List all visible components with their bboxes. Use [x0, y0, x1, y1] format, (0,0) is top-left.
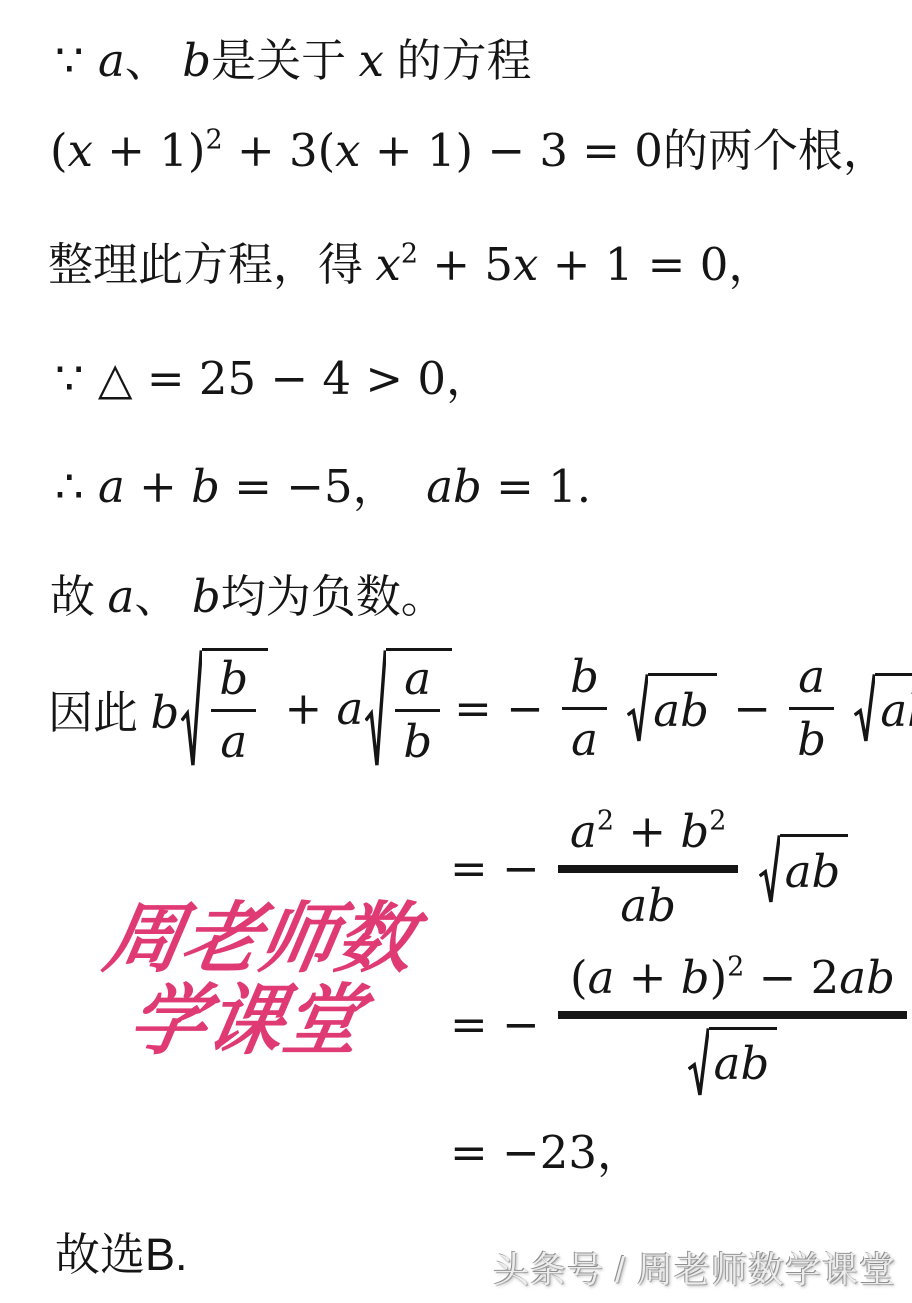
- publisher-credit: 头条号 / 周老师数学课堂: [493, 1242, 896, 1293]
- math-var: b: [219, 652, 248, 705]
- math-var: ab: [714, 1037, 770, 1090]
- math-solution-page: ∵ a、 b是关于 x 的方程 (x + 1)2 + 3(x + 1) − 3 …: [0, 0, 912, 1303]
- fraction-numerator: b: [211, 654, 256, 709]
- math-var: ab: [426, 460, 482, 513]
- fraction-denominator: b: [789, 707, 834, 765]
- math-run: a: [798, 650, 825, 703]
- math-sup: 2: [597, 805, 614, 836]
- math-sym: (: [570, 951, 588, 1004]
- math-run: ab: [620, 879, 676, 932]
- fraction-numerator: a2 + b2: [558, 806, 738, 865]
- math-var: ab: [880, 684, 912, 737]
- fraction-numerator: a: [789, 652, 834, 707]
- radicand: ba: [202, 648, 268, 769]
- solution-line-premise: ∵ a、 b是关于 x 的方程: [55, 24, 532, 89]
- math-run: a2 + b2: [570, 805, 726, 858]
- math-var: b: [797, 713, 826, 766]
- math-cjk: ，: [728, 239, 773, 290]
- radical-sign-icon: [365, 648, 386, 769]
- math-sym: + 1 = 0: [538, 238, 728, 291]
- math-sym: + 1): [93, 124, 206, 177]
- fraction: ba: [562, 652, 607, 766]
- solution-line-step2: = − a2 + b2ab ab: [450, 806, 850, 931]
- math-var: ab: [839, 951, 895, 1004]
- math-var: b: [191, 460, 220, 513]
- math-sym: = −: [454, 682, 558, 735]
- math-var: ab: [653, 684, 709, 737]
- math-run: ab: [785, 845, 841, 898]
- math-run: ab: [880, 684, 912, 737]
- math-run: −: [719, 682, 785, 735]
- math-run: a: [571, 713, 598, 766]
- math-run: = −: [450, 998, 554, 1051]
- math-var: b: [192, 570, 221, 623]
- radicand: ab: [709, 1027, 778, 1097]
- radical-sign-icon: [688, 1027, 709, 1097]
- math-var: a: [404, 652, 431, 705]
- fraction: a2 + b2ab: [558, 806, 738, 931]
- math-run: a: [220, 715, 247, 768]
- math-var: a: [98, 460, 125, 513]
- math-sym: ∵ △ = 25 − 4 > 0: [55, 352, 446, 405]
- math-run: ab: [714, 1039, 770, 1089]
- math-run: ∵ a、 b是关于 x 的方程: [55, 24, 532, 89]
- math-cjk: ，: [597, 1127, 642, 1178]
- math-sym: + 1) − 3 = 0: [361, 124, 663, 177]
- math-run: = −: [450, 842, 554, 895]
- math-run: 因此 b: [48, 676, 179, 741]
- math-sup: 2: [205, 124, 222, 155]
- math-var: ab: [785, 845, 841, 898]
- radicand: ab: [386, 648, 452, 769]
- math-var: x: [376, 238, 401, 291]
- math-sup: 2: [727, 951, 744, 982]
- math-sym: (: [50, 124, 68, 177]
- solution-line-simplified: 整理此方程，得 x2 + 5x + 1 = 0，: [48, 228, 773, 293]
- math-run: a: [404, 652, 431, 705]
- radicand: ab: [875, 673, 912, 743]
- solution-line-step3: = − (a + b)2 − 2abab: [450, 952, 911, 1097]
- math-sym: −: [719, 682, 785, 735]
- radical-sign-icon: [759, 834, 780, 904]
- math-sym: + 3(: [223, 124, 336, 177]
- math-run: b: [403, 715, 432, 768]
- solution-line-discriminant: ∵ △ = 25 − 4 > 0，: [55, 342, 491, 407]
- radical-sign-icon: [181, 648, 202, 769]
- math-sym: = 1.: [482, 460, 591, 513]
- math-sym: = −: [450, 842, 554, 895]
- math-sym: [742, 842, 756, 895]
- math-var: a: [336, 682, 363, 735]
- fraction-numerator: (a + b)2 − 2ab: [558, 952, 907, 1011]
- math-cjk: ，: [353, 461, 398, 512]
- math-cjk: 故: [50, 571, 108, 622]
- math-run: [742, 842, 756, 895]
- math-sym: + 5: [418, 238, 513, 291]
- math-run: b: [570, 650, 599, 703]
- fraction-numerator: a: [395, 654, 440, 709]
- math-var: x: [359, 34, 384, 87]
- math-cjk: 是关于: [211, 35, 359, 86]
- square-root: ba: [181, 648, 268, 769]
- math-sym: = −23: [450, 1126, 597, 1179]
- square-root: ab: [759, 834, 849, 904]
- math-run: 故选B.: [55, 1218, 188, 1283]
- math-sym: = −: [450, 998, 554, 1051]
- math-cjk: 、: [125, 35, 183, 86]
- math-sym: ): [710, 951, 728, 1004]
- math-sym: [398, 460, 427, 513]
- math-cjk: 因此: [48, 687, 151, 738]
- square-root: ab: [688, 1027, 778, 1097]
- math-run: b: [219, 652, 248, 705]
- math-var: a: [220, 715, 247, 768]
- math-var: x: [335, 124, 360, 177]
- fraction: (a + b)2 − 2abab: [558, 952, 907, 1097]
- math-run: [838, 682, 852, 735]
- solution-line-step1: 因此 bba + aab= − ba ab − ab ab: [48, 648, 912, 769]
- math-run: = −23，: [450, 1116, 642, 1181]
- math-var: x: [68, 124, 93, 177]
- square-root: ab: [854, 673, 912, 743]
- math-run: b: [797, 713, 826, 766]
- fraction-denominator: a: [562, 707, 607, 765]
- math-run: = −: [454, 682, 558, 735]
- fraction-numerator: b: [562, 652, 607, 707]
- math-sup: 2: [401, 238, 418, 269]
- math-sup: 2: [709, 805, 726, 836]
- math-var: a: [588, 951, 615, 1004]
- math-var: a: [798, 650, 825, 703]
- math-run: ∴ a + b = −5， ab = 1.: [55, 450, 591, 515]
- fraction: ab: [789, 652, 834, 766]
- math-sym: − 2: [744, 951, 839, 1004]
- math-var: x: [513, 238, 538, 291]
- fraction: ba: [211, 654, 256, 768]
- math-cjk: 的方程: [384, 35, 532, 86]
- math-sym: +: [270, 682, 336, 735]
- math-cjk: 均为负数。: [221, 571, 446, 622]
- math-run: (a + b)2 − 2ab: [570, 951, 895, 1004]
- math-var: a: [98, 34, 125, 87]
- math-var: b: [151, 686, 180, 739]
- fraction: ab: [395, 654, 440, 768]
- fraction-denominator: ab: [558, 865, 738, 931]
- solution-line-vieta: ∴ a + b = −5， ab = 1.: [55, 450, 591, 515]
- math-var: a: [571, 713, 598, 766]
- math-sym: [611, 682, 625, 735]
- math-run: ∵ △ = 25 − 4 > 0，: [55, 342, 491, 407]
- math-cjk: 、: [134, 571, 192, 622]
- math-var: b: [681, 951, 710, 1004]
- solution-line-equation: (x + 1)2 + 3(x + 1) − 3 = 0的两个根，: [50, 114, 888, 179]
- math-cjk: ，: [446, 353, 491, 404]
- solution-line-answer: 故选B.: [55, 1218, 188, 1283]
- math-sym: ∵: [55, 34, 98, 87]
- square-root: ab: [627, 673, 717, 743]
- math-var: b: [570, 650, 599, 703]
- math-cjk: 故选B.: [55, 1229, 188, 1280]
- math-sym: [838, 682, 852, 735]
- watermark-line-2: 学课堂: [40, 980, 450, 1062]
- radical-sign-icon: [627, 673, 648, 743]
- fraction-denominator: b: [395, 709, 440, 767]
- math-var: a: [108, 570, 135, 623]
- math-cjk: 的两个根，: [663, 125, 888, 176]
- math-sym: +: [125, 460, 191, 513]
- square-root: ab: [365, 648, 452, 769]
- watermark: 周老师数 学课堂: [40, 898, 464, 1063]
- radical-sign-icon: [854, 673, 875, 743]
- math-cjk: 整理此方程，得: [48, 239, 376, 290]
- math-sym: +: [614, 951, 680, 1004]
- math-var: a: [570, 805, 597, 858]
- math-var: b: [403, 715, 432, 768]
- math-sym: +: [614, 805, 680, 858]
- fraction-denominator: a: [211, 709, 256, 767]
- solution-line-result: = −23，: [450, 1116, 642, 1181]
- math-var: b: [680, 805, 709, 858]
- solution-line-negative: 故 a、 b均为负数。: [50, 560, 446, 625]
- math-run: + a: [270, 682, 363, 735]
- math-var: ab: [620, 879, 676, 932]
- math-run: 整理此方程，得 x2 + 5x + 1 = 0，: [48, 228, 773, 293]
- math-var: b: [182, 34, 211, 87]
- fraction-denominator: ab: [558, 1011, 907, 1097]
- math-sym: = −5: [220, 460, 353, 513]
- math-run: [611, 682, 625, 735]
- math-run: ab: [653, 684, 709, 737]
- radicand: ab: [648, 673, 717, 743]
- math-sym: ∴: [55, 460, 98, 513]
- math-run: 故 a、 b均为负数。: [50, 560, 446, 625]
- radicand: ab: [780, 834, 849, 904]
- watermark-line-1: 周老师数: [55, 898, 465, 980]
- math-run: (x + 1)2 + 3(x + 1) − 3 = 0的两个根，: [50, 114, 888, 179]
